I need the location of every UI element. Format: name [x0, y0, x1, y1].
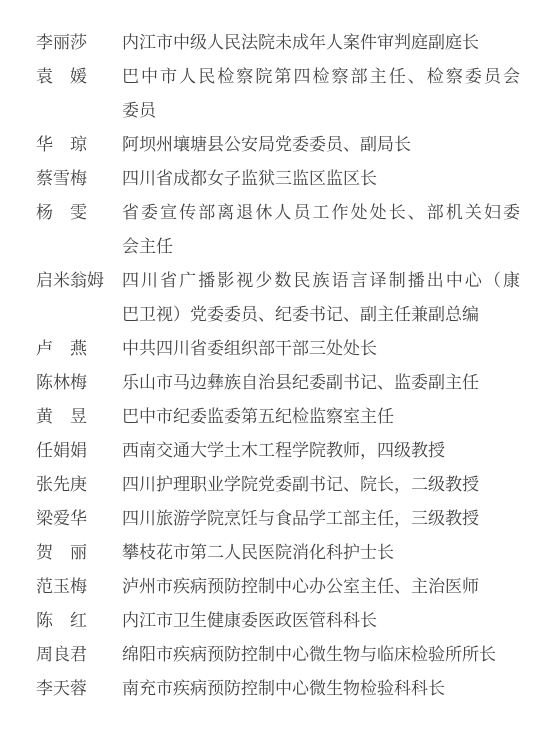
person-title: 南充市疾病预防控制中心微生物检验科科长 — [122, 672, 520, 706]
person-name: 袁 媛 — [36, 60, 122, 94]
list-item: 梁爱华 四川旅游学院烹饪与食品学工部主任，三级教授 — [36, 502, 536, 536]
person-name: 陈林梅 — [36, 366, 122, 400]
document-page: 李丽莎 内江市中级人民法院未成年人案件审判庭副庭长 袁 媛 巴中市人民检察院第四… — [0, 0, 536, 748]
title-line: 阿坝州壤塘县公安局党委委员、副局长 — [122, 128, 520, 162]
person-title: 省委宣传部离退休人员工作处处长、部机关妇委会主任 — [122, 196, 520, 264]
person-title: 阿坝州壤塘县公安局党委委员、副局长 — [122, 128, 520, 162]
person-title: 四川旅游学院烹饪与食品学工部主任，三级教授 — [122, 502, 520, 536]
person-title: 攀枝花市第二人民医院消化科护士长 — [122, 536, 520, 570]
list-item: 黄 昱 巴中市纪委监委第五纪检监察室主任 — [36, 400, 536, 434]
person-title: 泸州市疾病预防控制中心办公室主任、主治医师 — [122, 570, 520, 604]
list-item: 李天蓉 南充市疾病预防控制中心微生物检验科科长 — [36, 672, 536, 706]
title-line: 四川旅游学院烹饪与食品学工部主任，三级教授 — [122, 502, 520, 536]
list-item: 卢 燕 中共四川省委组织部干部三处处长 — [36, 332, 536, 366]
person-title: 内江市卫生健康委医政医管科科长 — [122, 604, 520, 638]
title-line: 巴卫视）党委委员、纪委书记、副主任兼副总编 — [122, 298, 520, 332]
title-line: 绵阳市疾病预防控制中心微生物与临床检验所所长 — [122, 638, 520, 672]
list-item: 范玉梅 泸州市疾病预防控制中心办公室主任、主治医师 — [36, 570, 536, 604]
list-item: 张先庚 四川护理职业学院党委副书记、院长，二级教授 — [36, 468, 536, 502]
person-title: 四川省广播影视少数民族语言译制播出中心（康巴卫视）党委委员、纪委书记、副主任兼副… — [122, 264, 520, 332]
person-name: 张先庚 — [36, 468, 122, 502]
title-line: 巴中市纪委监委第五纪检监察室主任 — [122, 400, 520, 434]
person-name: 梁爱华 — [36, 502, 122, 536]
list-item: 华 琼 阿坝州壤塘县公安局党委委员、副局长 — [36, 128, 536, 162]
title-line: 泸州市疾病预防控制中心办公室主任、主治医师 — [122, 570, 520, 604]
list-item: 袁 媛 巴中市人民检察院第四检察部主任、检察委员会委员 — [36, 60, 536, 128]
list-item: 贺 丽 攀枝花市第二人民医院消化科护士长 — [36, 536, 536, 570]
list-item: 陈林梅 乐山市马边彝族自治县纪委副书记、监委副主任 — [36, 366, 536, 400]
person-name: 黄 昱 — [36, 400, 122, 434]
person-title: 内江市中级人民法院未成年人案件审判庭副庭长 — [122, 26, 520, 60]
title-line: 巴中市人民检察院第四检察部主任、检察委员会 — [122, 60, 520, 94]
title-line: 乐山市马边彝族自治县纪委副书记、监委副主任 — [122, 366, 520, 400]
list-item: 周良君 绵阳市疾病预防控制中心微生物与临床检验所所长 — [36, 638, 536, 672]
person-name: 任娟娟 — [36, 434, 122, 468]
title-line: 四川省广播影视少数民族语言译制播出中心（康 — [122, 264, 520, 298]
person-name: 范玉梅 — [36, 570, 122, 604]
list-item: 杨 雯 省委宣传部离退休人员工作处处长、部机关妇委会主任 — [36, 196, 536, 264]
list-item: 启米翁姆 四川省广播影视少数民族语言译制播出中心（康巴卫视）党委委员、纪委书记、… — [36, 264, 536, 332]
person-name: 贺 丽 — [36, 536, 122, 570]
person-title: 四川护理职业学院党委副书记、院长，二级教授 — [122, 468, 520, 502]
list-item: 陈 红 内江市卫生健康委医政医管科科长 — [36, 604, 536, 638]
person-name: 卢 燕 — [36, 332, 122, 366]
person-title: 中共四川省委组织部干部三处处长 — [122, 332, 520, 366]
person-name: 李丽莎 — [36, 26, 122, 60]
person-name: 李天蓉 — [36, 672, 122, 706]
person-name: 华 琼 — [36, 128, 122, 162]
honor-list: 李丽莎 内江市中级人民法院未成年人案件审判庭副庭长 袁 媛 巴中市人民检察院第四… — [36, 26, 536, 706]
person-title: 西南交通大学土木工程学院教师，四级教授 — [122, 434, 520, 468]
title-line: 四川护理职业学院党委副书记、院长，二级教授 — [122, 468, 520, 502]
list-item: 李丽莎 内江市中级人民法院未成年人案件审判庭副庭长 — [36, 26, 536, 60]
person-title: 巴中市人民检察院第四检察部主任、检察委员会委员 — [122, 60, 520, 128]
person-name: 杨 雯 — [36, 196, 122, 230]
title-line: 四川省成都女子监狱三监区监区长 — [122, 162, 520, 196]
person-title: 绵阳市疾病预防控制中心微生物与临床检验所所长 — [122, 638, 520, 672]
person-title: 乐山市马边彝族自治县纪委副书记、监委副主任 — [122, 366, 520, 400]
person-name: 启米翁姆 — [36, 264, 122, 298]
title-line: 西南交通大学土木工程学院教师，四级教授 — [122, 434, 520, 468]
title-line: 省委宣传部离退休人员工作处处长、部机关妇委 — [122, 196, 520, 230]
person-name: 陈 红 — [36, 604, 122, 638]
title-line: 中共四川省委组织部干部三处处长 — [122, 332, 520, 366]
title-line: 攀枝花市第二人民医院消化科护士长 — [122, 536, 520, 570]
title-line: 委员 — [122, 94, 520, 128]
person-name: 周良君 — [36, 638, 122, 672]
person-title: 巴中市纪委监委第五纪检监察室主任 — [122, 400, 520, 434]
list-item: 蔡雪梅 四川省成都女子监狱三监区监区长 — [36, 162, 536, 196]
person-title: 四川省成都女子监狱三监区监区长 — [122, 162, 520, 196]
person-name: 蔡雪梅 — [36, 162, 122, 196]
title-line: 南充市疾病预防控制中心微生物检验科科长 — [122, 672, 520, 706]
title-line: 内江市中级人民法院未成年人案件审判庭副庭长 — [122, 26, 520, 60]
title-line: 会主任 — [122, 230, 520, 264]
list-item: 任娟娟 西南交通大学土木工程学院教师，四级教授 — [36, 434, 536, 468]
title-line: 内江市卫生健康委医政医管科科长 — [122, 604, 520, 638]
